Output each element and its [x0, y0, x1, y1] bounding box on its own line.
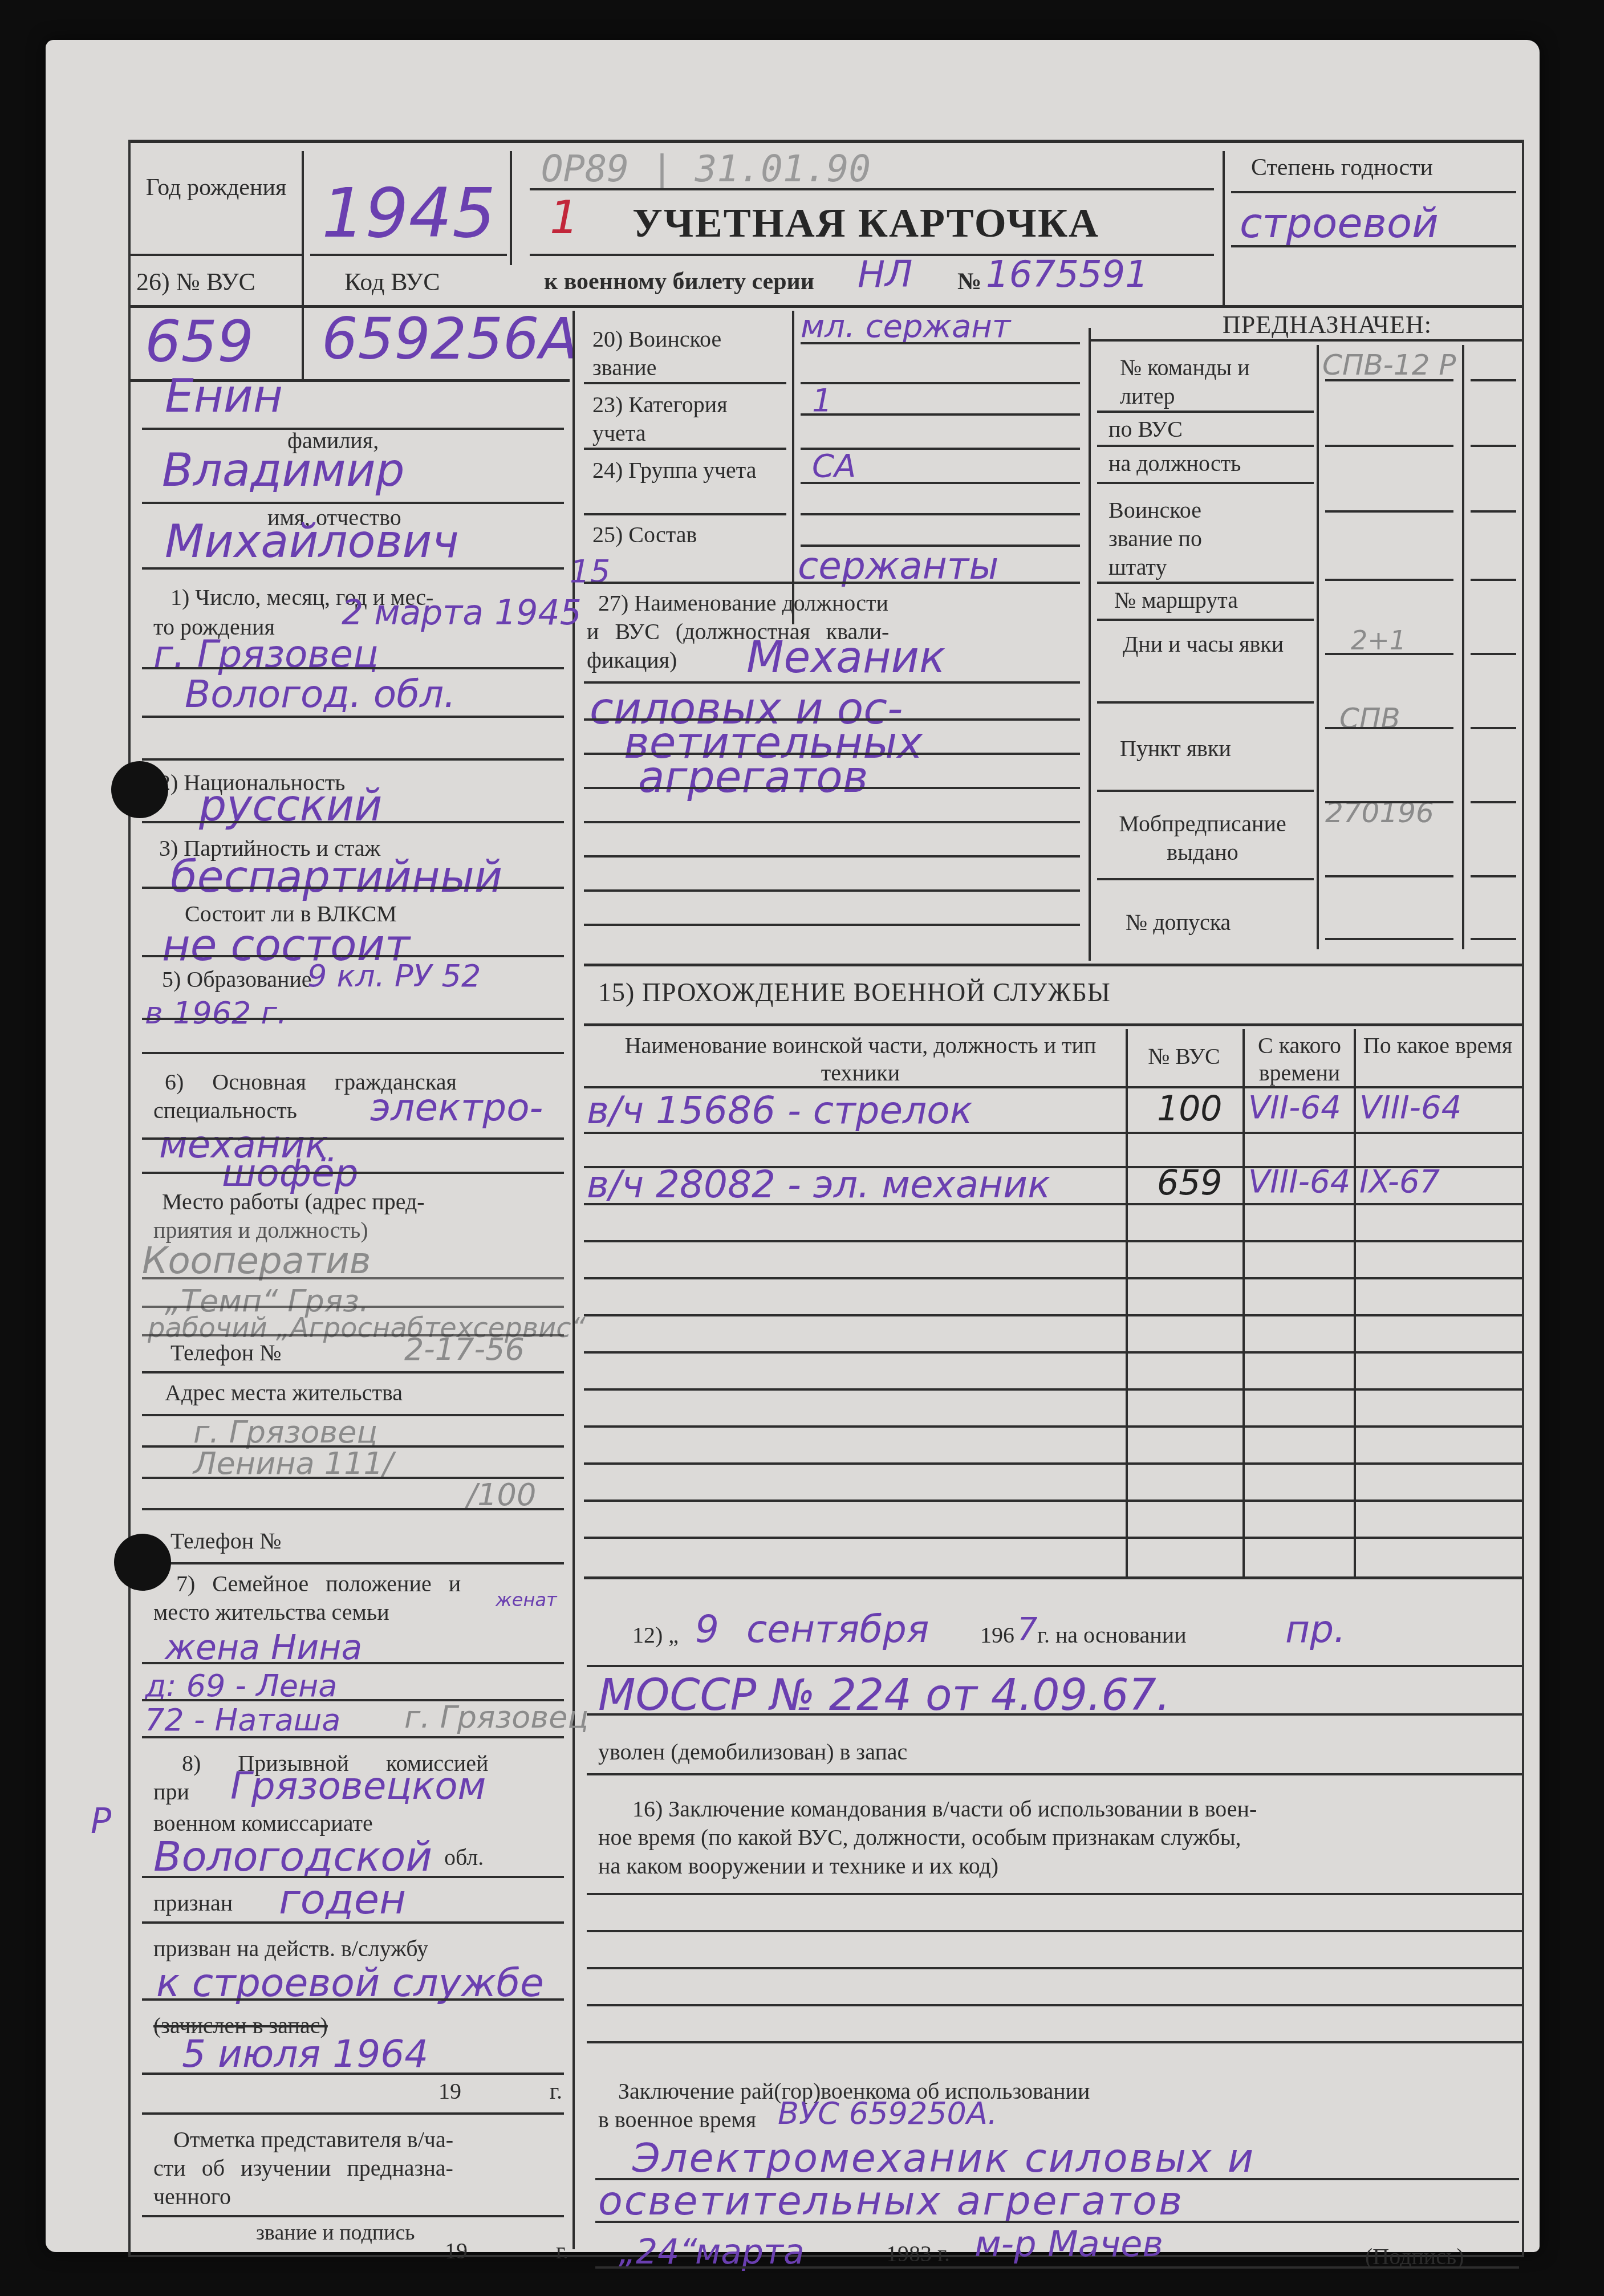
divider: [1223, 151, 1225, 305]
divider: [1097, 482, 1314, 484]
divider: [142, 1277, 564, 1279]
divider: [1471, 510, 1516, 513]
assigned-row-value: СПВ-12 Р: [1322, 351, 1456, 379]
divider: [587, 1773, 1522, 1775]
service-vus: 659: [1157, 1166, 1223, 1200]
discharge-year-printed: 196: [980, 1622, 1014, 1648]
divider: [792, 311, 794, 624]
divider: [584, 964, 1522, 966]
divider: [142, 1998, 564, 2001]
family-label-1: 7) Семейное положение и: [176, 1571, 461, 1597]
region-value: Вологодской: [153, 1836, 432, 1877]
category-value: 1: [812, 385, 833, 417]
faint-stamp: ОР89 | 31.01.90: [541, 148, 871, 190]
divider: [142, 716, 564, 718]
divider: [131, 140, 1522, 143]
divider: [142, 2112, 564, 2115]
divider: [801, 342, 1080, 344]
commissar-text-2: осветительных агрегатов: [598, 2181, 1184, 2221]
divider: [142, 1508, 564, 1510]
commissar-line-2: в военное время: [598, 2107, 756, 2133]
assigned-row-label: Дни и часы явки: [1123, 630, 1294, 659]
service-col-header: С какого времени: [1245, 1032, 1354, 1087]
divider: [1471, 445, 1516, 447]
divider: [1097, 411, 1314, 413]
divider: [587, 1893, 1522, 1895]
divider: [1097, 445, 1314, 447]
red-mark: 1: [550, 191, 579, 244]
divider: [142, 1306, 564, 1308]
basis-1: пр.: [1285, 1611, 1346, 1648]
assigned-row-label: на должность: [1108, 450, 1241, 477]
found-value: годен: [279, 1879, 406, 1920]
divider: [584, 582, 1080, 584]
divider: [1462, 345, 1464, 949]
divider: [584, 1462, 1522, 1465]
divider: [1097, 878, 1314, 880]
margin-mark: Р: [91, 1805, 111, 1839]
divider: [801, 513, 1080, 515]
birth-place-2: Вологод. обл.: [185, 676, 456, 713]
divider: [584, 1277, 1522, 1279]
subtitle: к военному билету серии: [544, 268, 814, 295]
rank-label: 20) Воинское звание: [592, 325, 781, 382]
address-label: Адрес места жительства: [165, 1380, 403, 1406]
commissar-date-month: марта: [695, 2235, 805, 2269]
divider: [584, 1351, 1522, 1354]
education-1: 9 кл. РУ 52: [307, 961, 481, 991]
discharge-prefix: 12) „: [632, 1622, 679, 1648]
divider: [801, 413, 1080, 416]
basis-2: МОССР № 224 от 4.09.67.: [598, 1673, 1170, 1717]
commissar-date-year: 1983 г.: [886, 2241, 950, 2267]
service-col-header: По какое время: [1357, 1032, 1519, 1059]
binder-hole: [111, 761, 168, 818]
vus-no-value: 659: [145, 314, 254, 371]
family-2: д: 69 - Лена: [145, 1671, 337, 1701]
unit-mark-year-g: г.: [556, 2238, 568, 2264]
divider: [584, 513, 786, 515]
divider: [1231, 191, 1516, 193]
family-1: жена Нина: [165, 1631, 362, 1665]
service-from: VII-64: [1248, 1092, 1341, 1124]
specialty-label-2: специальность: [153, 1098, 297, 1124]
position-1: Механик: [746, 636, 945, 679]
divider: [142, 1052, 564, 1054]
service-heading: 15) ПРОХОЖДЕНИЕ ВОЕННОЙ СЛУЖБЫ: [598, 978, 1111, 1008]
service-col-header: № ВУС: [1128, 1043, 1240, 1070]
divider: [1325, 938, 1453, 940]
work-phone-label: Телефон №: [170, 1340, 281, 1366]
divider: [142, 887, 564, 889]
divider: [1325, 875, 1453, 877]
card-title: УЧЕТНАЯ КАРТОЧКА: [632, 200, 1099, 247]
divider: [142, 1662, 564, 1664]
divider: [1325, 379, 1453, 381]
signature-label: звание и подпись: [256, 2221, 415, 2246]
divider: [310, 254, 507, 256]
assigned-row-value: 2+1: [1351, 627, 1406, 653]
family-note: женат: [496, 1591, 557, 1609]
specialty-1: электро-: [370, 1089, 543, 1127]
commissar-text-1: Электромеханик силовых и: [632, 2138, 1255, 2178]
form-frame: Год рождения 1945 26) № ВУС Код ВУС ОР89…: [128, 140, 1524, 2257]
work-phone: 2-17-56: [404, 1334, 525, 1365]
work-label-1: Место работы (адрес пред-: [162, 1189, 425, 1215]
commission-label-2: при: [153, 1779, 189, 1805]
divider: [584, 889, 1080, 892]
rank-value: мл. сержант: [801, 311, 1010, 343]
divider: [584, 855, 1080, 858]
divider: [1089, 339, 1522, 342]
divider: [584, 1203, 1522, 1205]
category-label: 23) Категория учета: [592, 391, 786, 448]
region-suffix: обл.: [444, 1844, 484, 1871]
birth-year-label: Год рождения: [131, 174, 302, 201]
divider: [1471, 875, 1516, 877]
divider: [1325, 445, 1453, 447]
divider: [1231, 245, 1516, 247]
divider: [1354, 1029, 1356, 1576]
divider: [584, 1537, 1522, 1539]
divider: [1325, 801, 1453, 803]
divider: [1089, 328, 1091, 961]
divider: [584, 787, 1080, 789]
address-2: Ленина 111/: [193, 1448, 393, 1479]
family-label-2: место жительства семьи: [153, 1599, 389, 1626]
composition-value: сержанты: [798, 547, 998, 585]
divider: [1471, 801, 1516, 803]
vus-no-label: 26) № ВУС: [136, 268, 255, 297]
service-to: IX-67: [1359, 1166, 1440, 1198]
divider: [1317, 345, 1319, 949]
divider: [584, 448, 786, 450]
divider: [587, 1930, 1522, 1932]
divider: [1325, 727, 1453, 729]
fitness-value: строевой: [1240, 202, 1439, 243]
service-col-header: Наименование воинской части, должность и…: [598, 1032, 1123, 1087]
divider: [142, 1371, 564, 1373]
divider: [142, 1172, 564, 1174]
ticket-series: НЛ: [858, 257, 912, 293]
assigned-heading: ПРЕДНАЗНАЧЕН:: [1223, 311, 1432, 340]
divider: [510, 151, 512, 265]
divider: [584, 1499, 1522, 1502]
birth-year-value: 1945: [322, 180, 496, 248]
divider: [302, 311, 304, 379]
divider: [142, 1921, 564, 1924]
divider: [587, 1713, 1522, 1716]
found-label: признан: [153, 1890, 233, 1916]
assigned-row-label: № допуска: [1126, 909, 1231, 936]
divider: [1097, 582, 1314, 584]
divider: [584, 1240, 1522, 1242]
divider: [584, 924, 1080, 926]
binder-hole: [114, 1534, 171, 1591]
position-4: агрегатов: [638, 755, 868, 799]
divider: [584, 1314, 1522, 1316]
divider: [595, 2266, 1519, 2269]
divider: [1097, 790, 1314, 792]
assigned-row-label: Воинское звание по штату: [1108, 496, 1251, 582]
divider: [584, 1388, 1522, 1391]
family-3: 72 - Наташа: [145, 1705, 340, 1736]
commission-value: Грязовецком: [230, 1767, 486, 1805]
divider: [584, 1576, 1522, 1579]
address-3: /100: [467, 1480, 536, 1510]
address-1: г. Грязовец: [193, 1417, 377, 1448]
divider: [142, 567, 564, 570]
divider: [1097, 619, 1314, 621]
divider: [587, 2041, 1522, 2043]
divider: [1471, 727, 1516, 729]
divider: [1471, 579, 1516, 581]
divider: [142, 1137, 564, 1140]
service-vus: 100: [1157, 1092, 1223, 1126]
discharge-year-hand: 7: [1017, 1614, 1038, 1645]
service-unit: в/ч 28082 - эл. механик: [587, 1166, 1050, 1204]
unit-mark-label-3: ченного: [153, 2184, 231, 2210]
position-label-1: 27) Наименование должности: [598, 590, 888, 616]
education-2: в 1962 г.: [145, 998, 287, 1029]
unit-mark-label-1: Отметка представителя в/ча-: [173, 2127, 453, 2153]
discharge-day: 9: [695, 1611, 719, 1648]
commissar-vus: ВУС 659250А.: [778, 2098, 997, 2129]
draft-date: 5 июля 1964: [182, 2035, 428, 2073]
divider: [142, 1562, 564, 1564]
divider: [142, 821, 564, 823]
divider: [584, 821, 1080, 823]
fitness-label: Степень годности: [1251, 154, 1433, 181]
service-from: VIII-64: [1248, 1166, 1350, 1198]
divider: [1126, 1029, 1128, 1576]
service-to: VIII-64: [1359, 1092, 1461, 1124]
home-phone-label: Телефон №: [170, 1528, 281, 1554]
registration-card: Год рождения 1945 26) № ВУС Код ВУС ОР89…: [46, 40, 1540, 2252]
divider: [584, 382, 786, 384]
discharge-month: сентября: [746, 1611, 929, 1648]
signature-line: [142, 2215, 564, 2217]
divider: [530, 188, 1214, 190]
divider: [142, 758, 564, 761]
assigned-row-label: Пункт явки: [1120, 735, 1231, 762]
divider: [584, 1425, 1522, 1428]
commissar-date-day: „24“: [618, 2235, 697, 2269]
divider: [1097, 701, 1314, 704]
position-label-3: фикация): [587, 647, 677, 673]
assigned-row-label: по ВУС: [1108, 416, 1183, 442]
education-label: 5) Образование: [162, 966, 312, 993]
divider: [587, 1967, 1522, 1969]
divider: [801, 482, 1080, 484]
surname: Енин: [165, 373, 283, 419]
drafted-value: к строевой службе: [156, 1964, 544, 2003]
year-g: г.: [550, 2078, 562, 2104]
divider: [1471, 938, 1516, 940]
divider: [584, 1023, 1522, 1026]
divider: [1471, 653, 1516, 655]
commissar-signature: м-р Мачев: [974, 2226, 1163, 2262]
first-name: Владимир: [162, 448, 404, 493]
service-unit: в/ч 15686 - стрелок: [587, 1092, 973, 1129]
conclusion16-line-1: 16) Заключение командования в/части об и…: [632, 1796, 1257, 1822]
divider: [142, 1018, 564, 1020]
group-label: 24) Группа учета: [592, 456, 781, 485]
divider: [142, 1736, 564, 1738]
divider: [1325, 653, 1453, 655]
group-value: СА: [812, 450, 856, 482]
conclusion16-line-2: ное время (по какой ВУС, должности, особ…: [598, 1824, 1241, 1851]
party: беспартийный: [170, 855, 502, 899]
assigned-row-label: Мобпредписание выдано: [1108, 810, 1297, 867]
unit-mark-year-19: 19: [445, 2238, 468, 2264]
divider: [142, 2073, 564, 2075]
family-3b: г. Грязовец: [404, 1702, 588, 1733]
ticket-no-prefix: №: [957, 268, 981, 295]
divider: [131, 254, 302, 256]
birth-date: 2 марта 1945: [342, 596, 582, 630]
divider: [142, 667, 564, 669]
vus-code-label: Код ВУС: [344, 268, 440, 297]
divider: [1242, 1029, 1245, 1576]
ticket-no: 1675591: [986, 257, 1148, 293]
drafted-label: призван на действ. в/службу: [153, 1936, 428, 1962]
year-19: 19: [438, 2078, 461, 2104]
basis-label: г. на основании: [1037, 1622, 1187, 1648]
unit-mark-label-2: сти об изучении предназна-: [153, 2155, 453, 2181]
patronymic: Михайлович: [165, 519, 459, 564]
divider: [1325, 510, 1453, 513]
divider: [1325, 579, 1453, 581]
assigned-row-label: № маршрута: [1114, 587, 1238, 613]
divider: [142, 502, 564, 504]
composition-label: 25) Состав: [592, 522, 697, 548]
divider: [142, 955, 564, 957]
divider: [1471, 379, 1516, 381]
divider: [587, 1665, 1522, 1667]
vus-code-value: 659256А: [322, 311, 578, 368]
work-1: Кооператив: [142, 1243, 371, 1279]
divider: [801, 382, 1080, 384]
divider: [584, 1132, 1522, 1134]
divider: [587, 2004, 1522, 2006]
conclusion16-line-3: на каком вооружении и технике и их код): [598, 1853, 998, 1879]
assigned-row-label: № команды и литер: [1120, 353, 1308, 411]
discharged-label: уволен (демобилизован) в запас: [598, 1739, 907, 1765]
